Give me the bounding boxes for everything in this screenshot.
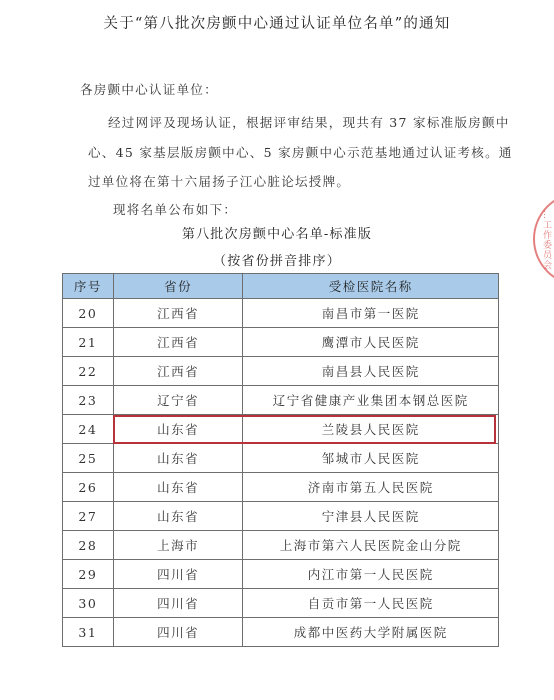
body-line-3: 过单位将在第十六届扬子江心脏论坛授牌。	[88, 172, 350, 190]
table-row: 27 山东省 宁津县人民医院	[63, 502, 499, 531]
cell-hospital: 宁津县人民医院	[243, 502, 499, 531]
cell-hospital: 鹰潭市人民医院	[243, 328, 499, 357]
cell-province: 四川省	[113, 560, 243, 589]
document-title: 关于“第八批次房颤中心通过认证单位名单”的通知	[0, 12, 554, 33]
cell-hospital: 邹城市人民医院	[243, 444, 499, 473]
table-row: 30 四川省 自贡市第一人民医院	[63, 589, 499, 618]
header-hospital-name: 受检医院名称	[243, 274, 499, 299]
cell-hospital: 成都中医药大学附属医院	[243, 618, 499, 647]
salutation: 各房颤中心认证单位：	[80, 80, 218, 98]
cell-hospital: 南昌市第一医院	[243, 299, 499, 328]
cell-province: 四川省	[113, 589, 243, 618]
cell-province: 辽宁省	[113, 386, 243, 415]
cell-province: 江西省	[113, 328, 243, 357]
cell-hospital: 济南市第五人民医院	[243, 473, 499, 502]
cell-no: 26	[63, 473, 114, 502]
cell-no: 22	[63, 357, 114, 386]
cell-no: 28	[63, 531, 114, 560]
cell-no: 25	[63, 444, 114, 473]
cell-no: 23	[63, 386, 114, 415]
cell-hospital: 上海市第六人民医院金山分院	[243, 531, 499, 560]
cell-hospital: 自贡市第一人民医院	[243, 589, 499, 618]
cell-hospital: 兰陵县人民医院	[243, 415, 499, 444]
cell-hospital: 辽宁省健康产业集团本钢总医院	[243, 386, 499, 415]
table-row: 21 江西省 鹰潭市人民医院	[63, 328, 499, 357]
cell-no: 27	[63, 502, 114, 531]
cell-province: 上海市	[113, 531, 243, 560]
cell-province: 山东省	[113, 502, 243, 531]
table-row: 25 山东省 邹城市人民医院	[63, 444, 499, 473]
cell-no: 24	[63, 415, 114, 444]
table-row: 26 山东省 济南市第五人民医院	[63, 473, 499, 502]
cell-no: 21	[63, 328, 114, 357]
cell-province: 山东省	[113, 473, 243, 502]
cell-province: 山东省	[113, 415, 243, 444]
table-row: 31 四川省 成都中医药大学附属医院	[63, 618, 499, 647]
body-line-2: 心、45 家基层版房颤中心、5 家房颤中心示范基地通过认证考核。通	[88, 143, 513, 161]
cell-province: 四川省	[113, 618, 243, 647]
table-row: 29 四川省 内江市第一人民医院	[63, 560, 499, 589]
list-title: 第八批次房颤中心名单-标准版	[0, 223, 554, 242]
cell-province: 江西省	[113, 299, 243, 328]
body-line-1: 经过网评及现场认证，根据评审结果，现共有 37 家标准版房颤中	[108, 113, 510, 131]
cell-hospital: 内江市第一人民医院	[243, 560, 499, 589]
cell-province: 江西省	[113, 357, 243, 386]
cell-no: 31	[63, 618, 114, 647]
table-row: 23 辽宁省 辽宁省健康产业集团本钢总医院	[63, 386, 499, 415]
list-subtitle: （按省份拼音排序）	[0, 250, 554, 269]
hospital-list-table: 序号 省份 受检医院名称 20 江西省 南昌市第一医院 21 江西省 鹰潭市人民…	[62, 273, 499, 647]
announce-line: 现将名单公布如下：	[113, 200, 237, 218]
cell-no: 30	[63, 589, 114, 618]
table-row: 22 江西省 南昌县人民医院	[63, 357, 499, 386]
cell-no: 29	[63, 560, 114, 589]
cell-no: 20	[63, 299, 114, 328]
cell-hospital: 南昌县人民医院	[243, 357, 499, 386]
table-row: 28 上海市 上海市第六人民医院金山分院	[63, 531, 499, 560]
header-province: 省份	[113, 274, 243, 299]
cell-province: 山东省	[113, 444, 243, 473]
table-row: 20 江西省 南昌市第一医院	[63, 299, 499, 328]
table-header-row: 序号 省份 受检医院名称	[63, 274, 499, 299]
table-row-highlighted: 24 山东省 兰陵县人民医院	[63, 415, 499, 444]
header-serial-no: 序号	[63, 274, 114, 299]
